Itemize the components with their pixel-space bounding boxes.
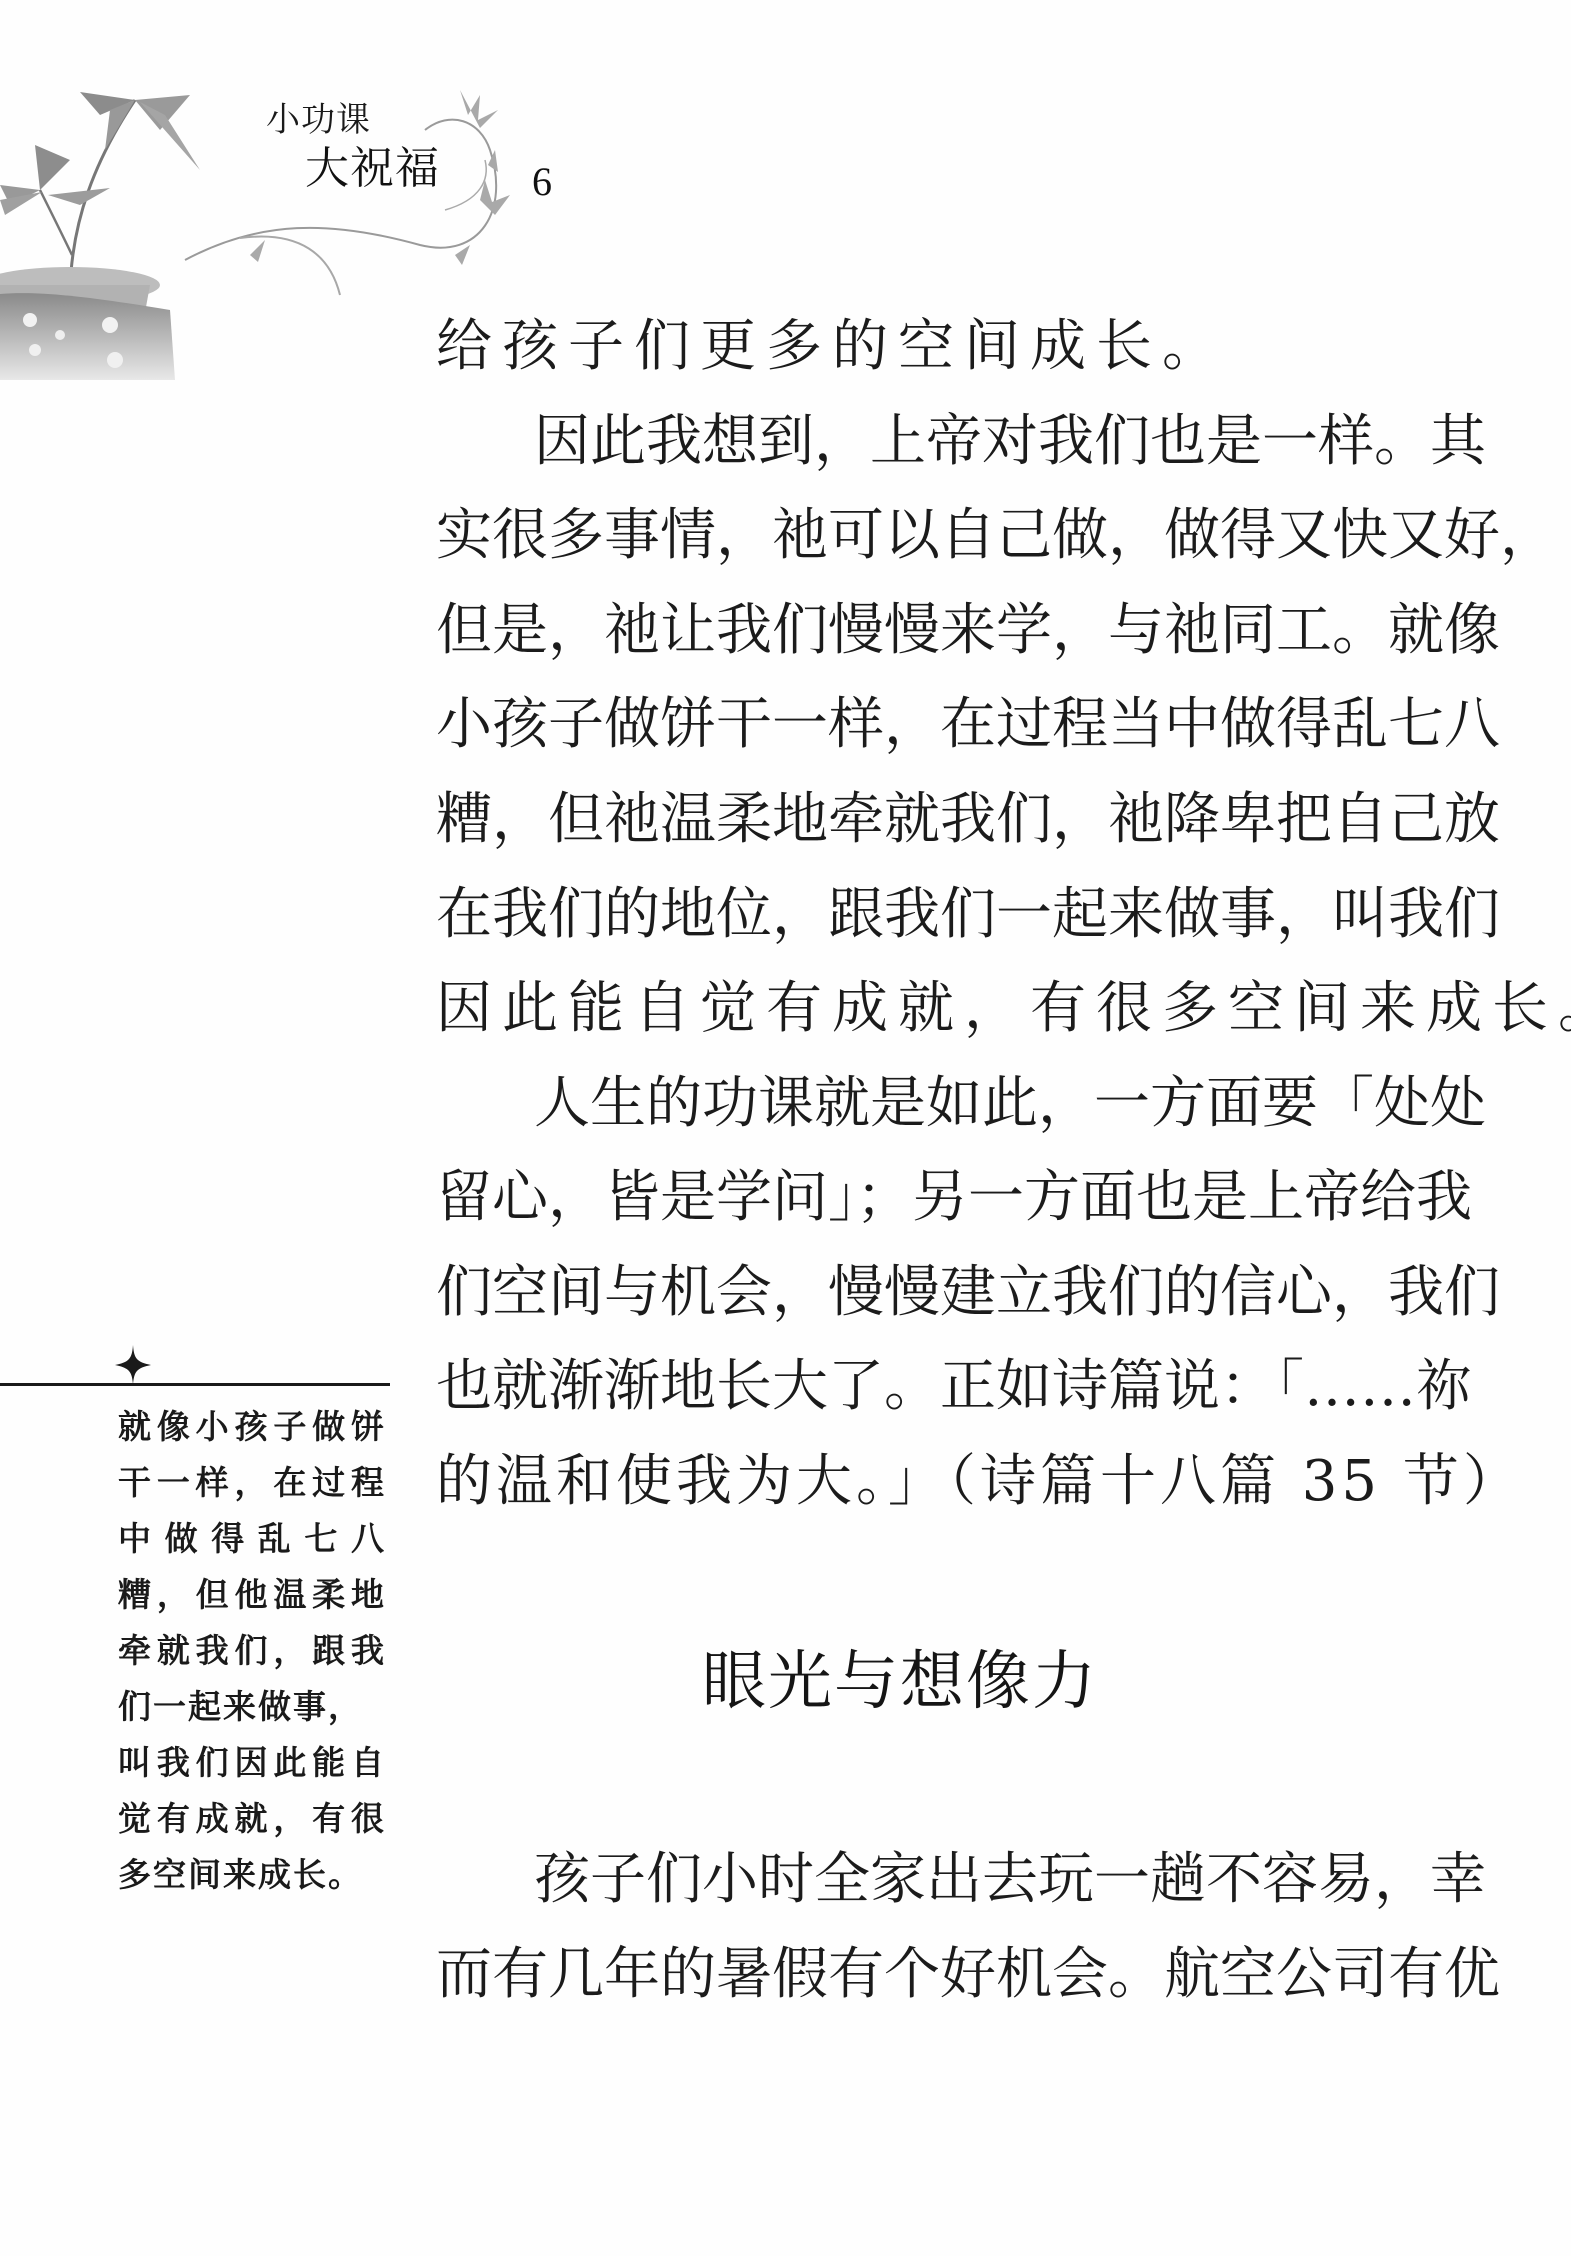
body-line: 人生的功课就是如此，一方面要「处处 bbox=[534, 1069, 1376, 1139]
body-line: 孩子们小时全家出去玩一趟不容易，幸 bbox=[534, 1845, 1376, 1915]
body-line: 的温和使我为大。」（诗篇十八篇 35 节） bbox=[436, 1447, 1376, 1517]
body-line: 给孩子们更多的空间成长。 bbox=[436, 312, 1376, 382]
pull-quote-line: 就像小孩子做饼 bbox=[118, 1402, 384, 1452]
body-line: 在我们的地位，跟我们一起来做事，叫我们 bbox=[436, 880, 1376, 950]
potted-plant-illustration bbox=[0, 40, 200, 380]
four-point-star-icon bbox=[115, 1345, 151, 1385]
body-line: 也就渐渐地长大了。正如诗篇说：「……祢 bbox=[436, 1352, 1376, 1422]
body-line: 因此我想到，上帝对我们也是一样。其 bbox=[534, 407, 1376, 477]
section-heading: 眼光与想像力 bbox=[690, 1640, 1110, 1724]
pull-quote-line: 糟，但他温柔地 bbox=[118, 1570, 384, 1620]
body-line: 实很多事情，祂可以自己做，做得又快又好， bbox=[436, 501, 1376, 571]
body-line: 留心，皆是学问」；另一方面也是上帝给我 bbox=[436, 1163, 1376, 1233]
body-line: 因此能自觉有成就，有很多空间来成长。 bbox=[436, 974, 1376, 1044]
body-line: 小孩子做饼干一样，在过程当中做得乱七八 bbox=[436, 690, 1376, 760]
page-number: 6 bbox=[532, 160, 552, 204]
pull-quote-line: 叫我们因此能自 bbox=[118, 1738, 384, 1788]
body-line: 糟，但祂温柔地牵就我们，祂降卑把自己放 bbox=[436, 785, 1376, 855]
pull-quote-line: 中做得乱七八 bbox=[118, 1514, 384, 1564]
pull-quote-line: 干一样，在过程 bbox=[118, 1458, 384, 1508]
pull-quote-rule bbox=[0, 1383, 390, 1386]
body-line: 但是，祂让我们慢慢来学，与祂同工。就像 bbox=[436, 596, 1376, 666]
pull-quote-line: 觉有成就，有很 bbox=[118, 1794, 384, 1844]
body-line: 而有几年的暑假有个好机会。航空公司有优 bbox=[436, 1940, 1376, 2010]
series-title-big: 大祝福 bbox=[305, 143, 440, 195]
pull-quote-line: 们一起来做事， bbox=[118, 1682, 384, 1732]
pull-quote-line: 多空间来成长。 bbox=[118, 1850, 384, 1900]
body-line: 们空间与机会，慢慢建立我们的信心，我们 bbox=[436, 1258, 1376, 1328]
pull-quote-line: 牵就我们，跟我 bbox=[118, 1626, 384, 1676]
book-page: 小功课 大祝福 6 给孩子们更多的空间成长。 因此我想到，上帝对我们也是一样。其… bbox=[0, 0, 1571, 2256]
series-title-small: 小功课 bbox=[266, 100, 371, 140]
